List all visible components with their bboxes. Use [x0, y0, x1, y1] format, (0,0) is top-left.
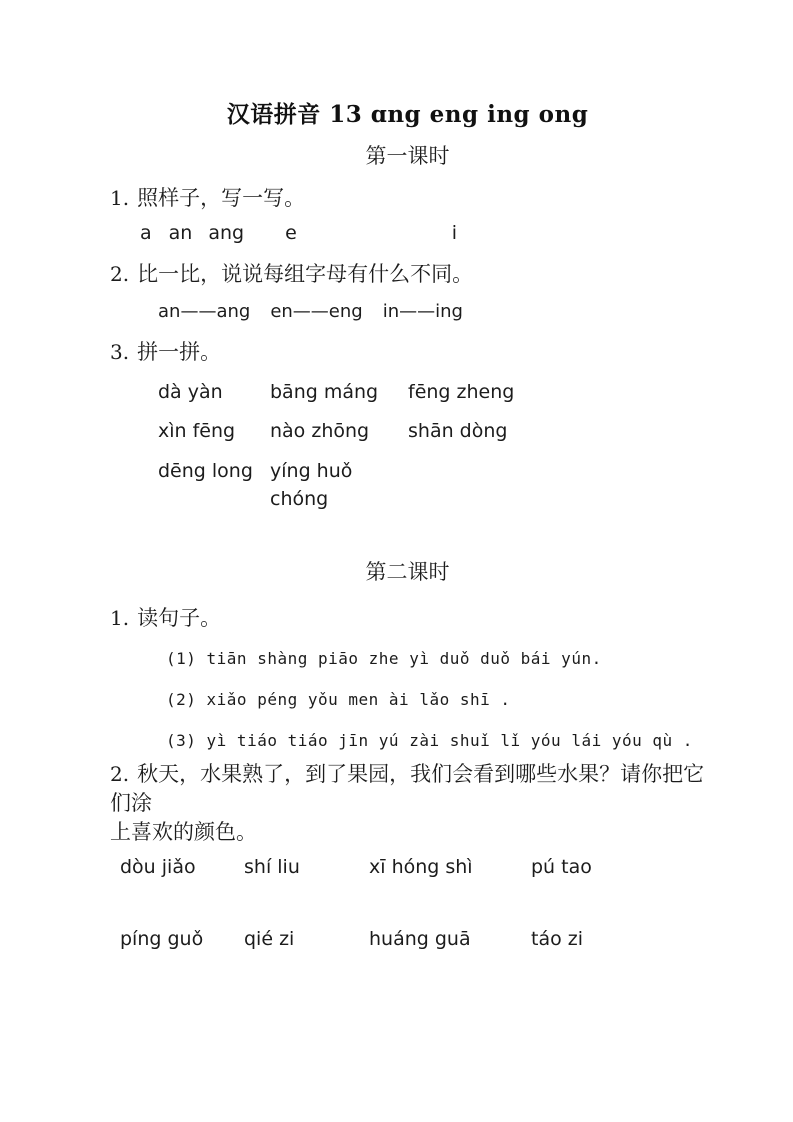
example-letter: a [140, 222, 152, 244]
lesson2-question2-number: 2. [110, 762, 129, 786]
lesson2-question1-prompt: 1.读句子。 [110, 604, 705, 632]
lesson1-q3-pinyin-row: dà yàn bāng máng fēng zheng [158, 378, 705, 406]
lesson1-question2-prompt: 2.比一比，说说每组字母有什么不同。 [110, 260, 705, 288]
fruit-pinyin-row: píng guǒ qié zi huáng guā táo zi [120, 925, 705, 953]
lesson2-question2-text-line1: 秋天，水果熟了，到了果园，我们会看到哪些水果？请你把它们涂 [110, 762, 704, 815]
lesson1-question3-prompt: 3.拼一拼。 [110, 338, 705, 366]
reading-sentence-1: (1) tiān shàng piāo zhe yì duǒ duǒ bái y… [166, 646, 705, 672]
pinyin-word: dēng long [158, 457, 270, 513]
worksheet-page: 汉语拼音 13 ɑng eng ing ong 第一课时 1.照样子，写一写。 … [0, 0, 793, 1122]
fruit-word: xī hóng shì [369, 853, 531, 881]
pinyin-word: yíng huǒ chóng [270, 457, 408, 513]
fruit-word: shí liu [244, 853, 369, 881]
fruit-word: píng guǒ [120, 925, 244, 953]
pinyin-word: dà yàn [158, 378, 270, 406]
pinyin-word: fēng zheng [408, 378, 705, 406]
fruit-word: pú tao [531, 853, 705, 881]
fruit-word: dòu jiǎo [120, 853, 244, 881]
pinyin-word: xìn fēng [158, 417, 270, 445]
letter-pair: in——ing [383, 301, 463, 322]
lesson1-question1-text: 照样子，写一写。 [137, 186, 305, 210]
letter-pair: en——eng [270, 301, 362, 322]
pinyin-word: nào zhōng [270, 417, 408, 445]
lesson1-q3-pinyin-row: xìn fēng nào zhōng shān dòng [158, 417, 705, 445]
lesson1-question1-number: 1. [110, 186, 129, 210]
lesson2-heading: 第二课时 [110, 558, 705, 586]
fruit-word: huáng guā [369, 925, 531, 953]
reading-sentence-3: (3) yì tiáo tiáo jīn yú zài shuǐ lǐ yóu … [166, 728, 705, 754]
lesson1-question1-prompt: 1.照样子，写一写。 [110, 184, 705, 212]
example-letter: an [169, 222, 193, 244]
lesson1-q1-example-letters-row: aanangei [140, 220, 705, 246]
example-letter: ang [208, 222, 244, 244]
pinyin-word: shān dòng [408, 417, 705, 445]
lesson1-question2-number: 2. [110, 262, 129, 286]
lesson1-q3-pinyin-row: dēng long yíng huǒ chóng [158, 457, 705, 513]
lesson2-question1-number: 1. [110, 606, 129, 630]
reading-sentence-2: (2) xiǎo péng yǒu men ài lǎo shī . [166, 687, 705, 713]
fruit-pinyin-row: dòu jiǎo shí liu xī hóng shì pú tao [120, 853, 705, 881]
lesson1-question3-number: 3. [110, 340, 129, 364]
page-title: 汉语拼音 13 ɑng eng ing ong [110, 100, 705, 130]
letter-pair: an——ang [158, 301, 250, 322]
pinyin-word: bāng máng [270, 378, 408, 406]
fruit-word: qié zi [244, 925, 369, 953]
lesson2-question1-text: 读句子。 [137, 606, 221, 630]
lesson2-question2-text-line2: 上喜欢的颜色。 [110, 820, 257, 844]
lesson2-question2-prompt-line2: 上喜欢的颜色。 [110, 818, 705, 847]
example-letter: i [452, 222, 457, 244]
lesson1-heading: 第一课时 [110, 142, 705, 170]
lesson1-question3-text: 拼一拼。 [137, 340, 221, 364]
lesson1-q2-compare-pairs-row: an——angen——engin——ing [158, 298, 705, 326]
lesson1-question2-text: 比一比，说说每组字母有什么不同。 [137, 262, 473, 286]
fruit-word: táo zi [531, 925, 705, 953]
example-letter: e [285, 222, 297, 244]
lesson2-question2-prompt-line1: 2.秋天，水果熟了，到了果园，我们会看到哪些水果？请你把它们涂 [110, 760, 705, 818]
